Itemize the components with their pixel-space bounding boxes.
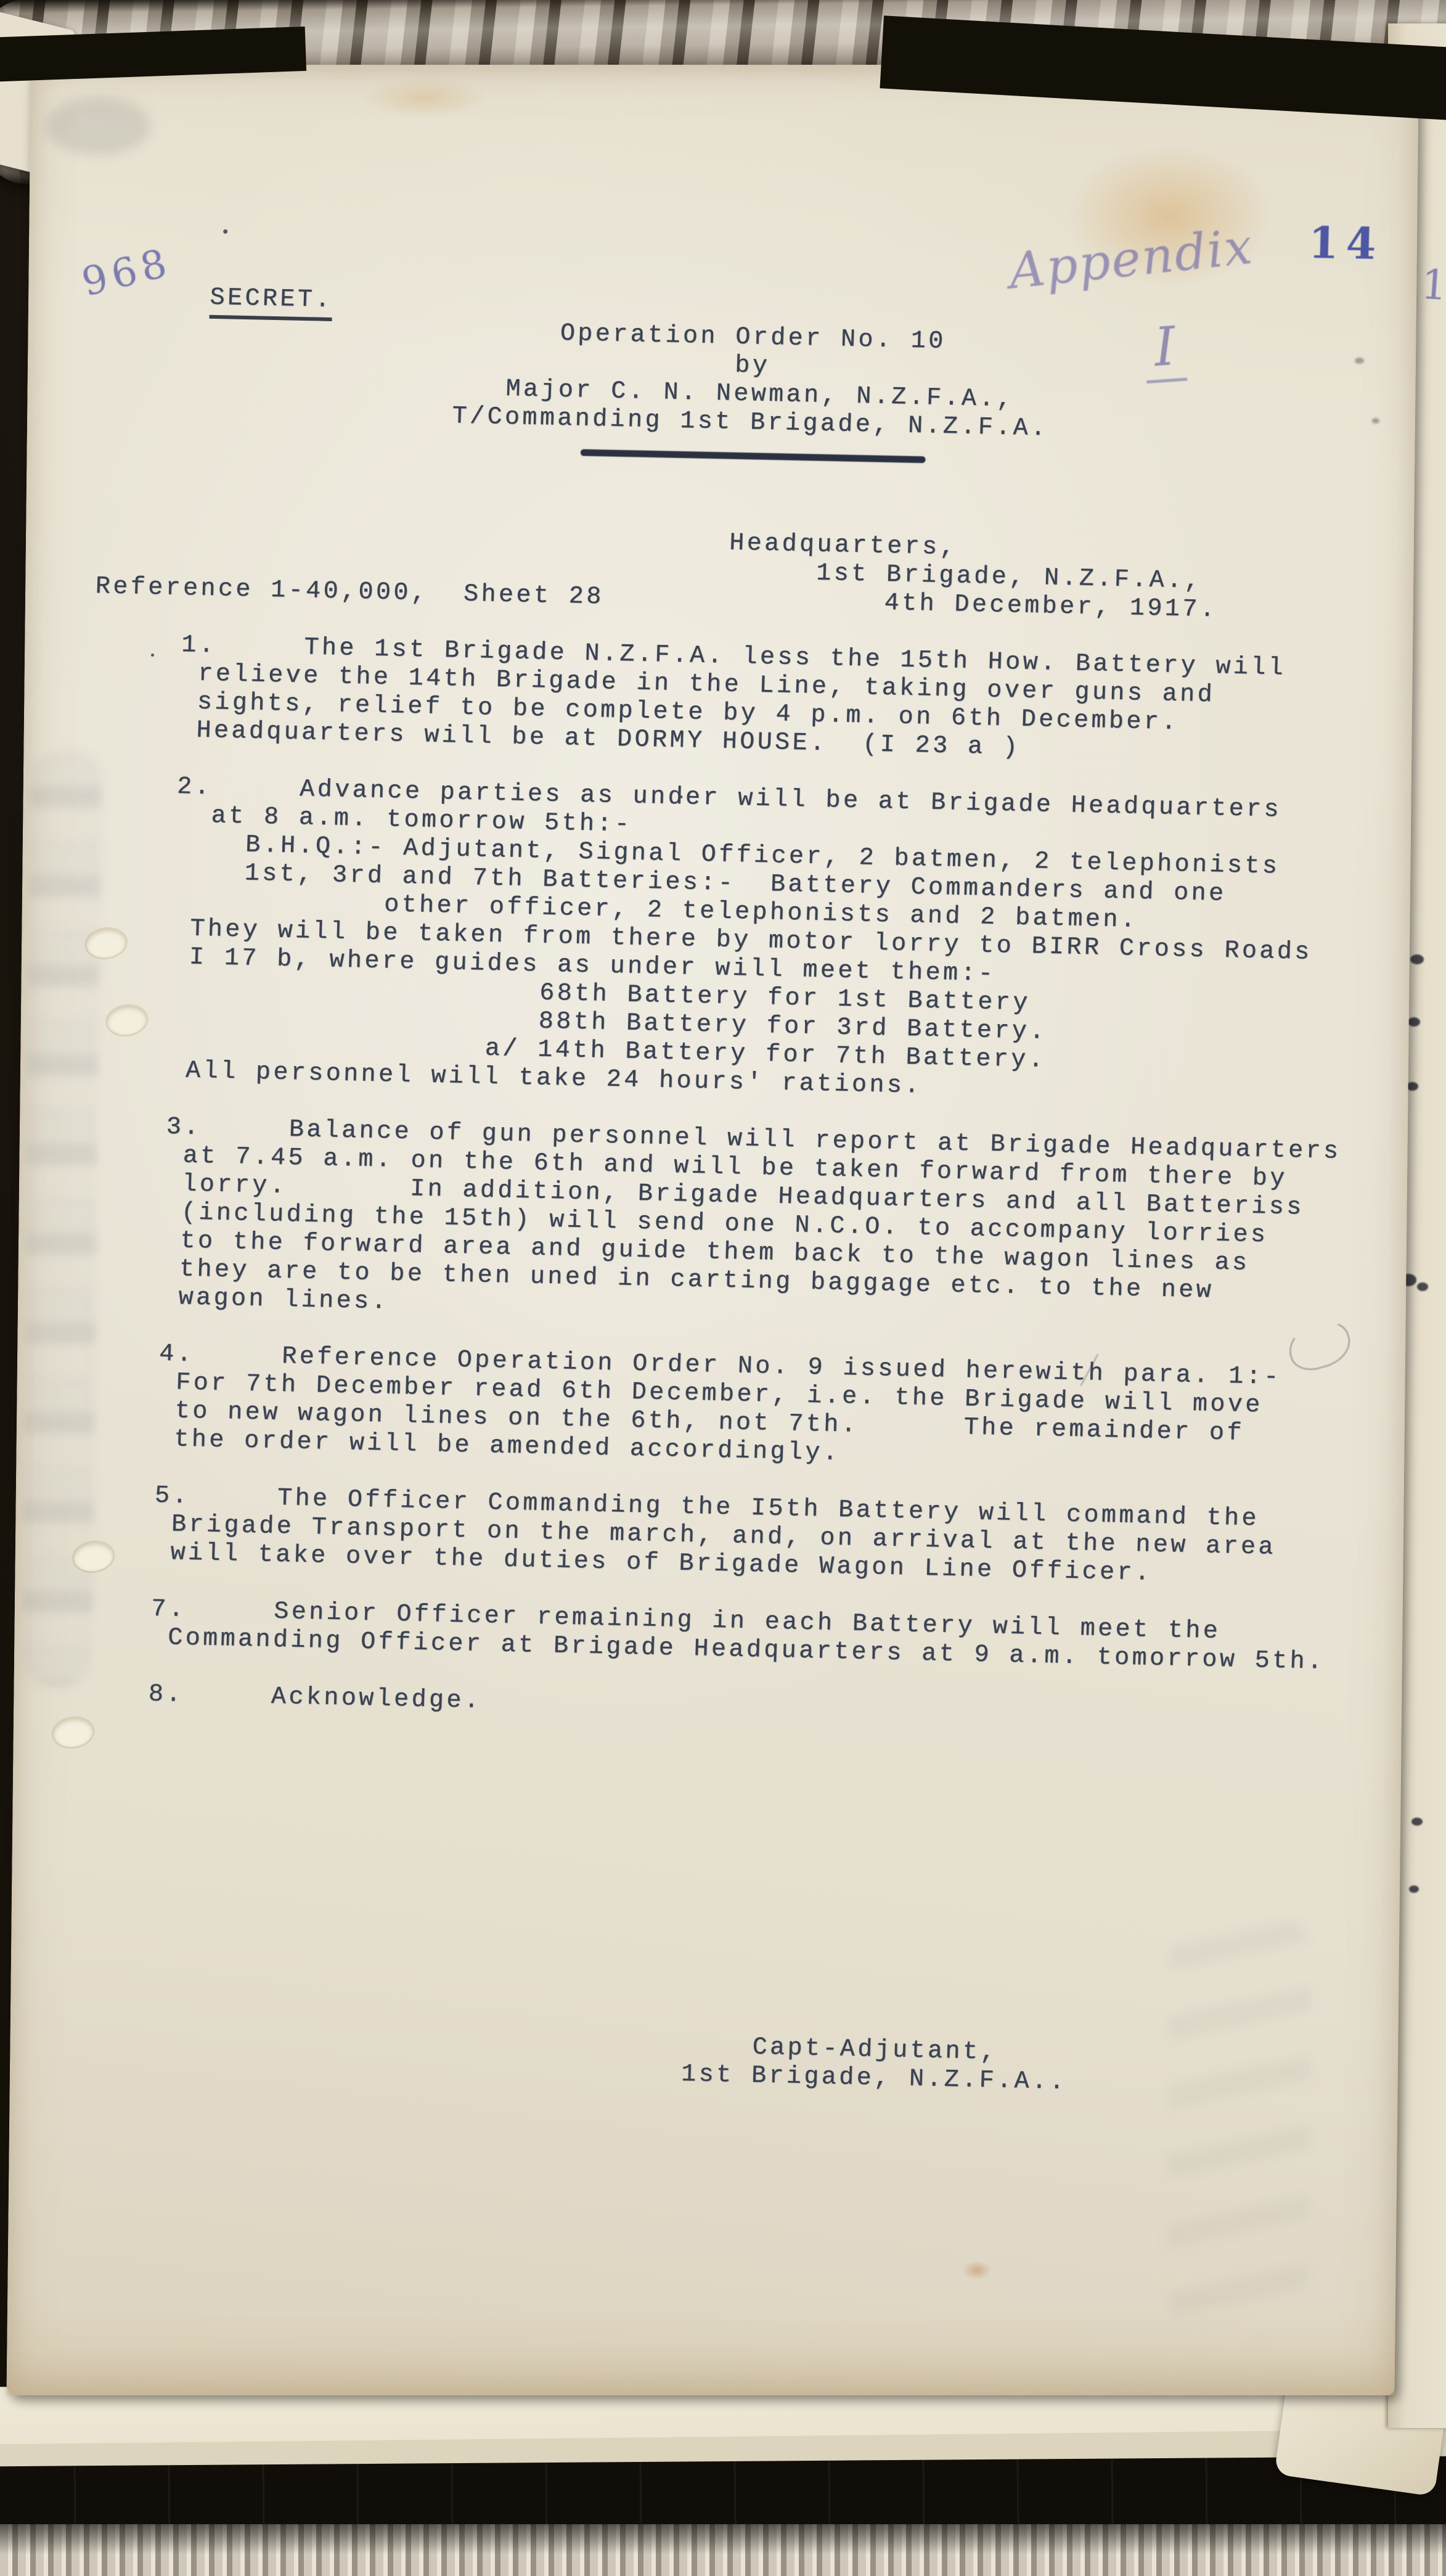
typed-layer: SECRET.Operation Order No. 10byMajor C. … bbox=[0, 63, 1437, 2422]
title-rule bbox=[581, 449, 926, 463]
ink-blot bbox=[1409, 1885, 1419, 1893]
signature-role: Capt-Adjutant, bbox=[752, 2033, 999, 2067]
byline: by bbox=[735, 352, 770, 381]
ink-blot bbox=[1410, 954, 1424, 964]
address-line: Headquarters, bbox=[729, 530, 958, 563]
ink-blot bbox=[1417, 1282, 1428, 1291]
binding-cord-bottom bbox=[0, 2524, 1446, 2576]
ink-blot bbox=[1411, 1818, 1423, 1826]
classification-label: SECRET. bbox=[210, 284, 333, 321]
document-page: SECRET.Operation Order No. 10byMajor C. … bbox=[6, 65, 1419, 2395]
typed-line: wagon lines. bbox=[178, 1284, 390, 1316]
document-title: Operation Order No. 10 bbox=[560, 320, 946, 356]
para-8: 8. Acknowledge. bbox=[148, 1681, 482, 1716]
page-number-stamp: 14 bbox=[1308, 217, 1384, 269]
signature-unit: 1st Brigade, N.Z.F.A.. bbox=[680, 2061, 1067, 2097]
appendix-handwritten-numeral: I bbox=[1143, 315, 1187, 384]
ink-blot bbox=[1407, 1082, 1418, 1091]
archival-document-photo: 1 SECRET.Operation Order No. 10byMajor C… bbox=[0, 0, 1446, 2576]
ink-blot bbox=[1408, 1017, 1420, 1027]
